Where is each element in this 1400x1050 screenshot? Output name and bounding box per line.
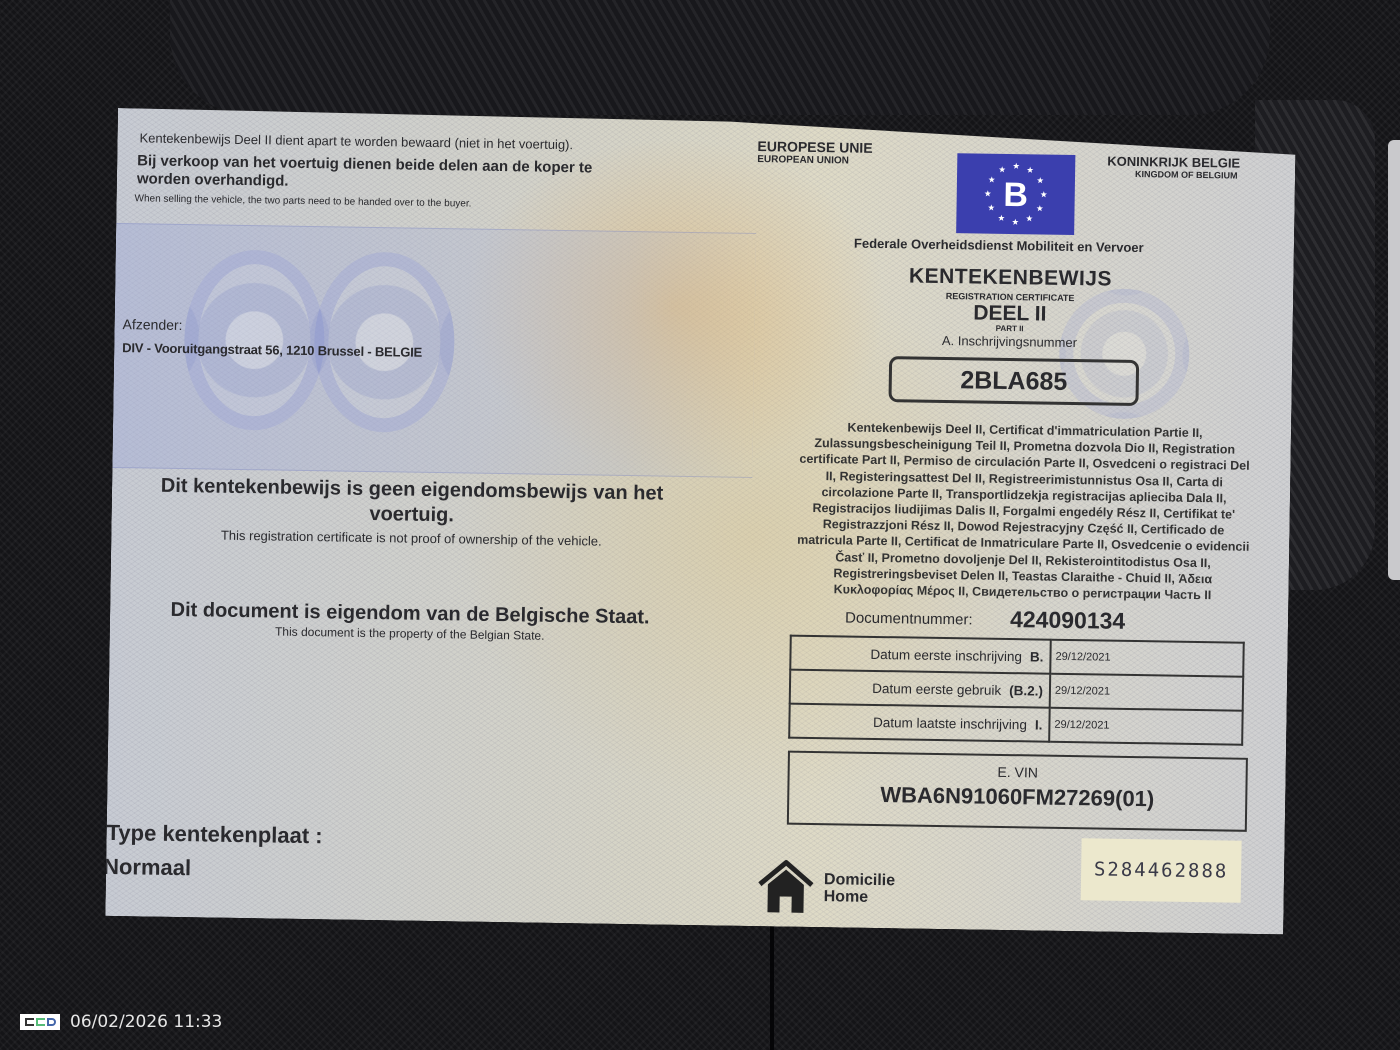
capture-datetime: 06/02/2026 11:33 — [70, 1012, 222, 1032]
kingdom-label-en: KINGDOM OF BELGIUM — [1135, 169, 1238, 181]
registration-certificate: Kentekenbewijs Deel II dient apart te wo… — [105, 108, 1296, 934]
date-value: 29/12/2021 — [1050, 674, 1244, 711]
document-number-label: Documentnummer: — [845, 609, 973, 628]
eu-label-en: EUROPEAN UNION — [757, 154, 849, 166]
issuing-authority: Federale Overheidsdienst Mobiliteit en V… — [854, 236, 1144, 256]
ced-logo-icon — [20, 1014, 60, 1030]
date-label: Datum eerste gebruik(B.2.) — [790, 670, 1051, 708]
vin-box: E. VIN WBA6N91060FM27269(01) — [787, 751, 1248, 832]
svg-text:B: B — [1003, 176, 1028, 214]
sale-note-en: When selling the vehicle, the two parts … — [134, 193, 471, 209]
paper-edge — [1388, 140, 1400, 580]
serial-number: S284462888 — [1081, 838, 1242, 903]
sale-note-nl: Bij verkoop van het voertuig dienen beid… — [137, 152, 638, 196]
ownership-disclaimer-nl: Dit kentekenbewijs is geen eigendomsbewi… — [131, 473, 692, 532]
sender-label: Afzender: — [122, 316, 182, 333]
date-label: Datum laatste inschrijvingI. — [789, 704, 1050, 742]
date-value: 29/12/2021 — [1050, 640, 1244, 677]
multilingual-titles: Kentekenbewijs Deel II, Certificat d'imm… — [792, 419, 1255, 604]
registration-number: 2BLA685 — [888, 356, 1139, 406]
eu-label-nl: EUROPESE UNIE — [757, 138, 872, 156]
kingdom-label-nl: KONINKRIJK BELGIE — [1107, 154, 1240, 171]
eu-flag-icon: B — [956, 153, 1075, 235]
camera-stamp: 06/02/2026 11:33 — [20, 1012, 222, 1032]
dates-table: Datum eerste inschrijvingB. 29/12/2021 D… — [788, 635, 1245, 746]
house-icon — [755, 858, 816, 915]
car-seat-backrest — [170, 0, 1270, 115]
home-label-en: Home — [824, 888, 869, 907]
plate-type-value: Normaal — [103, 854, 191, 881]
registration-number-label: A. Inschrijvingsnummer — [884, 332, 1134, 351]
date-label: Datum eerste inschrijvingB. — [790, 636, 1051, 674]
eu-stars-icon: B — [980, 159, 1051, 230]
certificate-title: KENTEKENBEWIJS — [885, 264, 1135, 292]
plate-type-label: Type kentekenplaat : — [106, 820, 322, 849]
table-row: Datum laatste inschrijvingI. 29/12/2021 — [789, 704, 1242, 745]
storage-note: Kentekenbewijs Deel II dient apart te wo… — [139, 130, 573, 152]
document-number: 424090134 — [1010, 606, 1126, 635]
home-label-nl: Domicilie — [824, 871, 895, 889]
vin-value: WBA6N91060FM27269(01) — [789, 781, 1245, 814]
date-value: 29/12/2021 — [1049, 708, 1243, 745]
vin-label: E. VIN — [790, 761, 1246, 784]
